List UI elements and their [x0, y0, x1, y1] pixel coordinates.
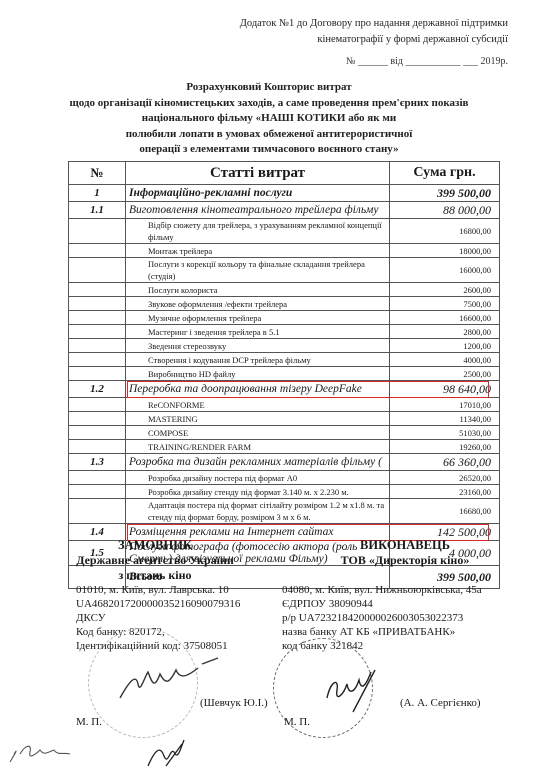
table-row: Мастеринг і зведення трейлера в 5.12800,…	[69, 325, 500, 339]
row-item: COMPOSE	[126, 426, 390, 440]
contractor-address: 04080, м. Київ, вул. Нижньоюрківська, 45…	[282, 583, 482, 597]
row-item: Розробка дизайну постера під формат А0	[126, 471, 390, 485]
table-row: Створення і кодування DCP трейлера фільм…	[69, 353, 500, 367]
header-item: Статті витрат	[126, 162, 390, 185]
row-number	[69, 325, 126, 339]
table-row: 1.1Виготовлення кінотеатрального трейлер…	[69, 202, 500, 219]
customer-account: UA468201720000035216090079316	[76, 597, 240, 611]
header-number: №	[69, 162, 126, 185]
row-item: Монтаж трейлера	[126, 244, 390, 258]
budget-table: № Статті витрат Сума грн. 1Інформаційно-…	[68, 161, 500, 589]
contractor-bank: назва банку АТ КБ «ПРИВАТБАНК»	[282, 625, 482, 639]
contractor-signature-icon	[325, 668, 385, 718]
row-amount: 16800,00	[390, 219, 500, 244]
row-number	[69, 258, 126, 283]
table-row: 1.2Переробка та доопрацювання тізеру Dee…	[69, 381, 500, 398]
row-item: Виготовлення кінотеатрального трейлера ф…	[126, 202, 390, 219]
row-number	[69, 426, 126, 440]
row-item: ReCONFORME	[126, 398, 390, 412]
row-amount: 26520,00	[390, 471, 500, 485]
row-number	[69, 219, 126, 244]
row-amount: 2500,00	[390, 367, 500, 381]
row-amount: 66 360,00	[390, 454, 500, 471]
table-row: Адаптація постера під формат сітілайту р…	[69, 499, 500, 524]
title-line-5: операції з елементами тимчасового воєнно…	[0, 142, 538, 158]
row-number	[69, 471, 126, 485]
contractor-edrpou: ЄДРПОУ 38090944	[282, 597, 482, 611]
appendix-line-1: Додаток №1 до Договору про надання держа…	[240, 16, 508, 32]
row-item: Музичне оформлення трейлера	[126, 311, 390, 325]
row-amount: 17010,00	[390, 398, 500, 412]
table-row: COMPOSE51030,00	[69, 426, 500, 440]
row-item: Інформаційно-рекламні послуги	[126, 185, 390, 202]
row-item: Зведення стереозвуку	[126, 339, 390, 353]
row-amount: 23160,00	[390, 485, 500, 499]
row-amount: 98 640,00	[390, 381, 500, 398]
row-number	[69, 339, 126, 353]
contractor-seal-label: М. П.	[284, 716, 310, 728]
customer-signatory: (Шевчук Ю.І.)	[200, 697, 268, 709]
row-item: Розробка дизайну стенду під формат 3.140…	[126, 485, 390, 499]
row-number	[69, 297, 126, 311]
row-number	[69, 485, 126, 499]
contractor-account: р/р UA723218420000026003053022373	[282, 611, 482, 625]
table-row: Зведення стереозвуку1200,00	[69, 339, 500, 353]
row-item: MASTERING	[126, 412, 390, 426]
row-number: 1.1	[69, 202, 126, 219]
row-number	[69, 412, 126, 426]
customer-name-2: з питань кіно	[40, 568, 270, 583]
table-row: MASTERING11340,00	[69, 412, 500, 426]
initials-signature-2-icon	[146, 738, 190, 768]
row-number: 1.3	[69, 454, 126, 471]
customer-block: ЗАМОВНИК Державне агентство України з пи…	[40, 538, 270, 583]
row-amount: 2600,00	[390, 283, 500, 297]
title-line-4: полюбили лопати в умовах обмеженої антит…	[0, 127, 538, 143]
row-item: Створення і кодування DCP трейлера фільм…	[126, 353, 390, 367]
initials-signature-icon	[8, 740, 88, 768]
row-number: 1	[69, 185, 126, 202]
contractor-name: ТОВ «Директорія кіно»	[290, 553, 520, 568]
contractor-block: ВИКОНАВЕЦЬ ТОВ «Директорія кіно»	[290, 538, 520, 568]
row-amount: 51030,00	[390, 426, 500, 440]
row-amount: 399 500,00	[390, 185, 500, 202]
document-title: Розрахунковий Кошторис витрат щодо орган…	[0, 80, 538, 158]
row-item: Виробництво HD файлу	[126, 367, 390, 381]
contractor-role: ВИКОНАВЕЦЬ	[290, 538, 520, 553]
row-number	[69, 398, 126, 412]
row-number	[69, 244, 126, 258]
row-item: Переробка та доопрацювання тізеру DeepFa…	[126, 381, 390, 398]
customer-address: 01010, м. Київ, вул. Лаврська. 10	[76, 583, 240, 597]
appendix-number: № ______ від ___________ ___ 2019р.	[346, 56, 508, 67]
row-amount: 19260,00	[390, 440, 500, 454]
table-row: 1Інформаційно-рекламні послуги399 500,00	[69, 185, 500, 202]
table-row: Розробка дизайну постера під формат А026…	[69, 471, 500, 485]
row-number	[69, 353, 126, 367]
row-amount: 16000,00	[390, 258, 500, 283]
row-number	[69, 499, 126, 524]
table-header-row: № Статті витрат Сума грн.	[69, 162, 500, 185]
row-item: Звукове оформлення /ефекти трейлера	[126, 297, 390, 311]
row-number	[69, 283, 126, 297]
header-amount: Сума грн.	[390, 162, 500, 185]
customer-role: ЗАМОВНИК	[40, 538, 270, 553]
appendix-line-2: кінематографії у формі державної субсиді…	[240, 32, 508, 48]
row-amount: 88 000,00	[390, 202, 500, 219]
table-row: Розробка дизайну стенду під формат 3.140…	[69, 485, 500, 499]
row-amount: 16600,00	[390, 311, 500, 325]
table-row: ReCONFORME17010,00	[69, 398, 500, 412]
row-amount: 11340,00	[390, 412, 500, 426]
title-line-3: національного фільму «НАШІ КОТИКИ або як…	[0, 111, 538, 127]
row-number	[69, 440, 126, 454]
table-row: Відбір сюжету для трейлера, з урахування…	[69, 219, 500, 244]
row-amount: 7500,00	[390, 297, 500, 311]
row-number	[69, 367, 126, 381]
customer-bank: ДКСУ	[76, 611, 240, 625]
appendix-header: Додаток №1 до Договору про надання держа…	[240, 16, 508, 48]
row-number: 1.2	[69, 381, 126, 398]
row-item: TRAINING/RENDER FARM	[126, 440, 390, 454]
customer-name-1: Державне агентство України	[40, 553, 270, 568]
row-amount: 16680,00	[390, 499, 500, 524]
row-amount: 18000,00	[390, 244, 500, 258]
row-item: Розробка та дизайн рекламних матеріалів …	[126, 454, 390, 471]
row-item: Послуги колориста	[126, 283, 390, 297]
title-line-2: щодо організації кіномистецьких заходів,…	[0, 96, 538, 112]
row-item: Мастеринг і зведення трейлера в 5.1	[126, 325, 390, 339]
row-amount: 1200,00	[390, 339, 500, 353]
row-amount: 4000,00	[390, 353, 500, 367]
row-item: Адаптація постера під формат сітілайту р…	[126, 499, 390, 524]
table-row: Музичне оформлення трейлера16600,00	[69, 311, 500, 325]
row-item: Відбір сюжету для трейлера, з урахування…	[126, 219, 390, 244]
contractor-signatory: (А. А. Сергієнко)	[400, 697, 481, 709]
row-number	[69, 311, 126, 325]
table-row: Послуги колориста2600,00	[69, 283, 500, 297]
table-row: Послуги з корекції кольору та фінальне с…	[69, 258, 500, 283]
table-row: TRAINING/RENDER FARM19260,00	[69, 440, 500, 454]
title-line-1: Розрахунковий Кошторис витрат	[0, 80, 538, 96]
row-amount: 2800,00	[390, 325, 500, 339]
table-row: Звукове оформлення /ефекти трейлера7500,…	[69, 297, 500, 311]
customer-seal-label: М. П.	[76, 716, 102, 728]
table-row: Виробництво HD файлу2500,00	[69, 367, 500, 381]
table-row: 1.3Розробка та дизайн рекламних матеріал…	[69, 454, 500, 471]
table-row: Монтаж трейлера18000,00	[69, 244, 500, 258]
row-item: Послуги з корекції кольору та фінальне с…	[126, 258, 390, 283]
